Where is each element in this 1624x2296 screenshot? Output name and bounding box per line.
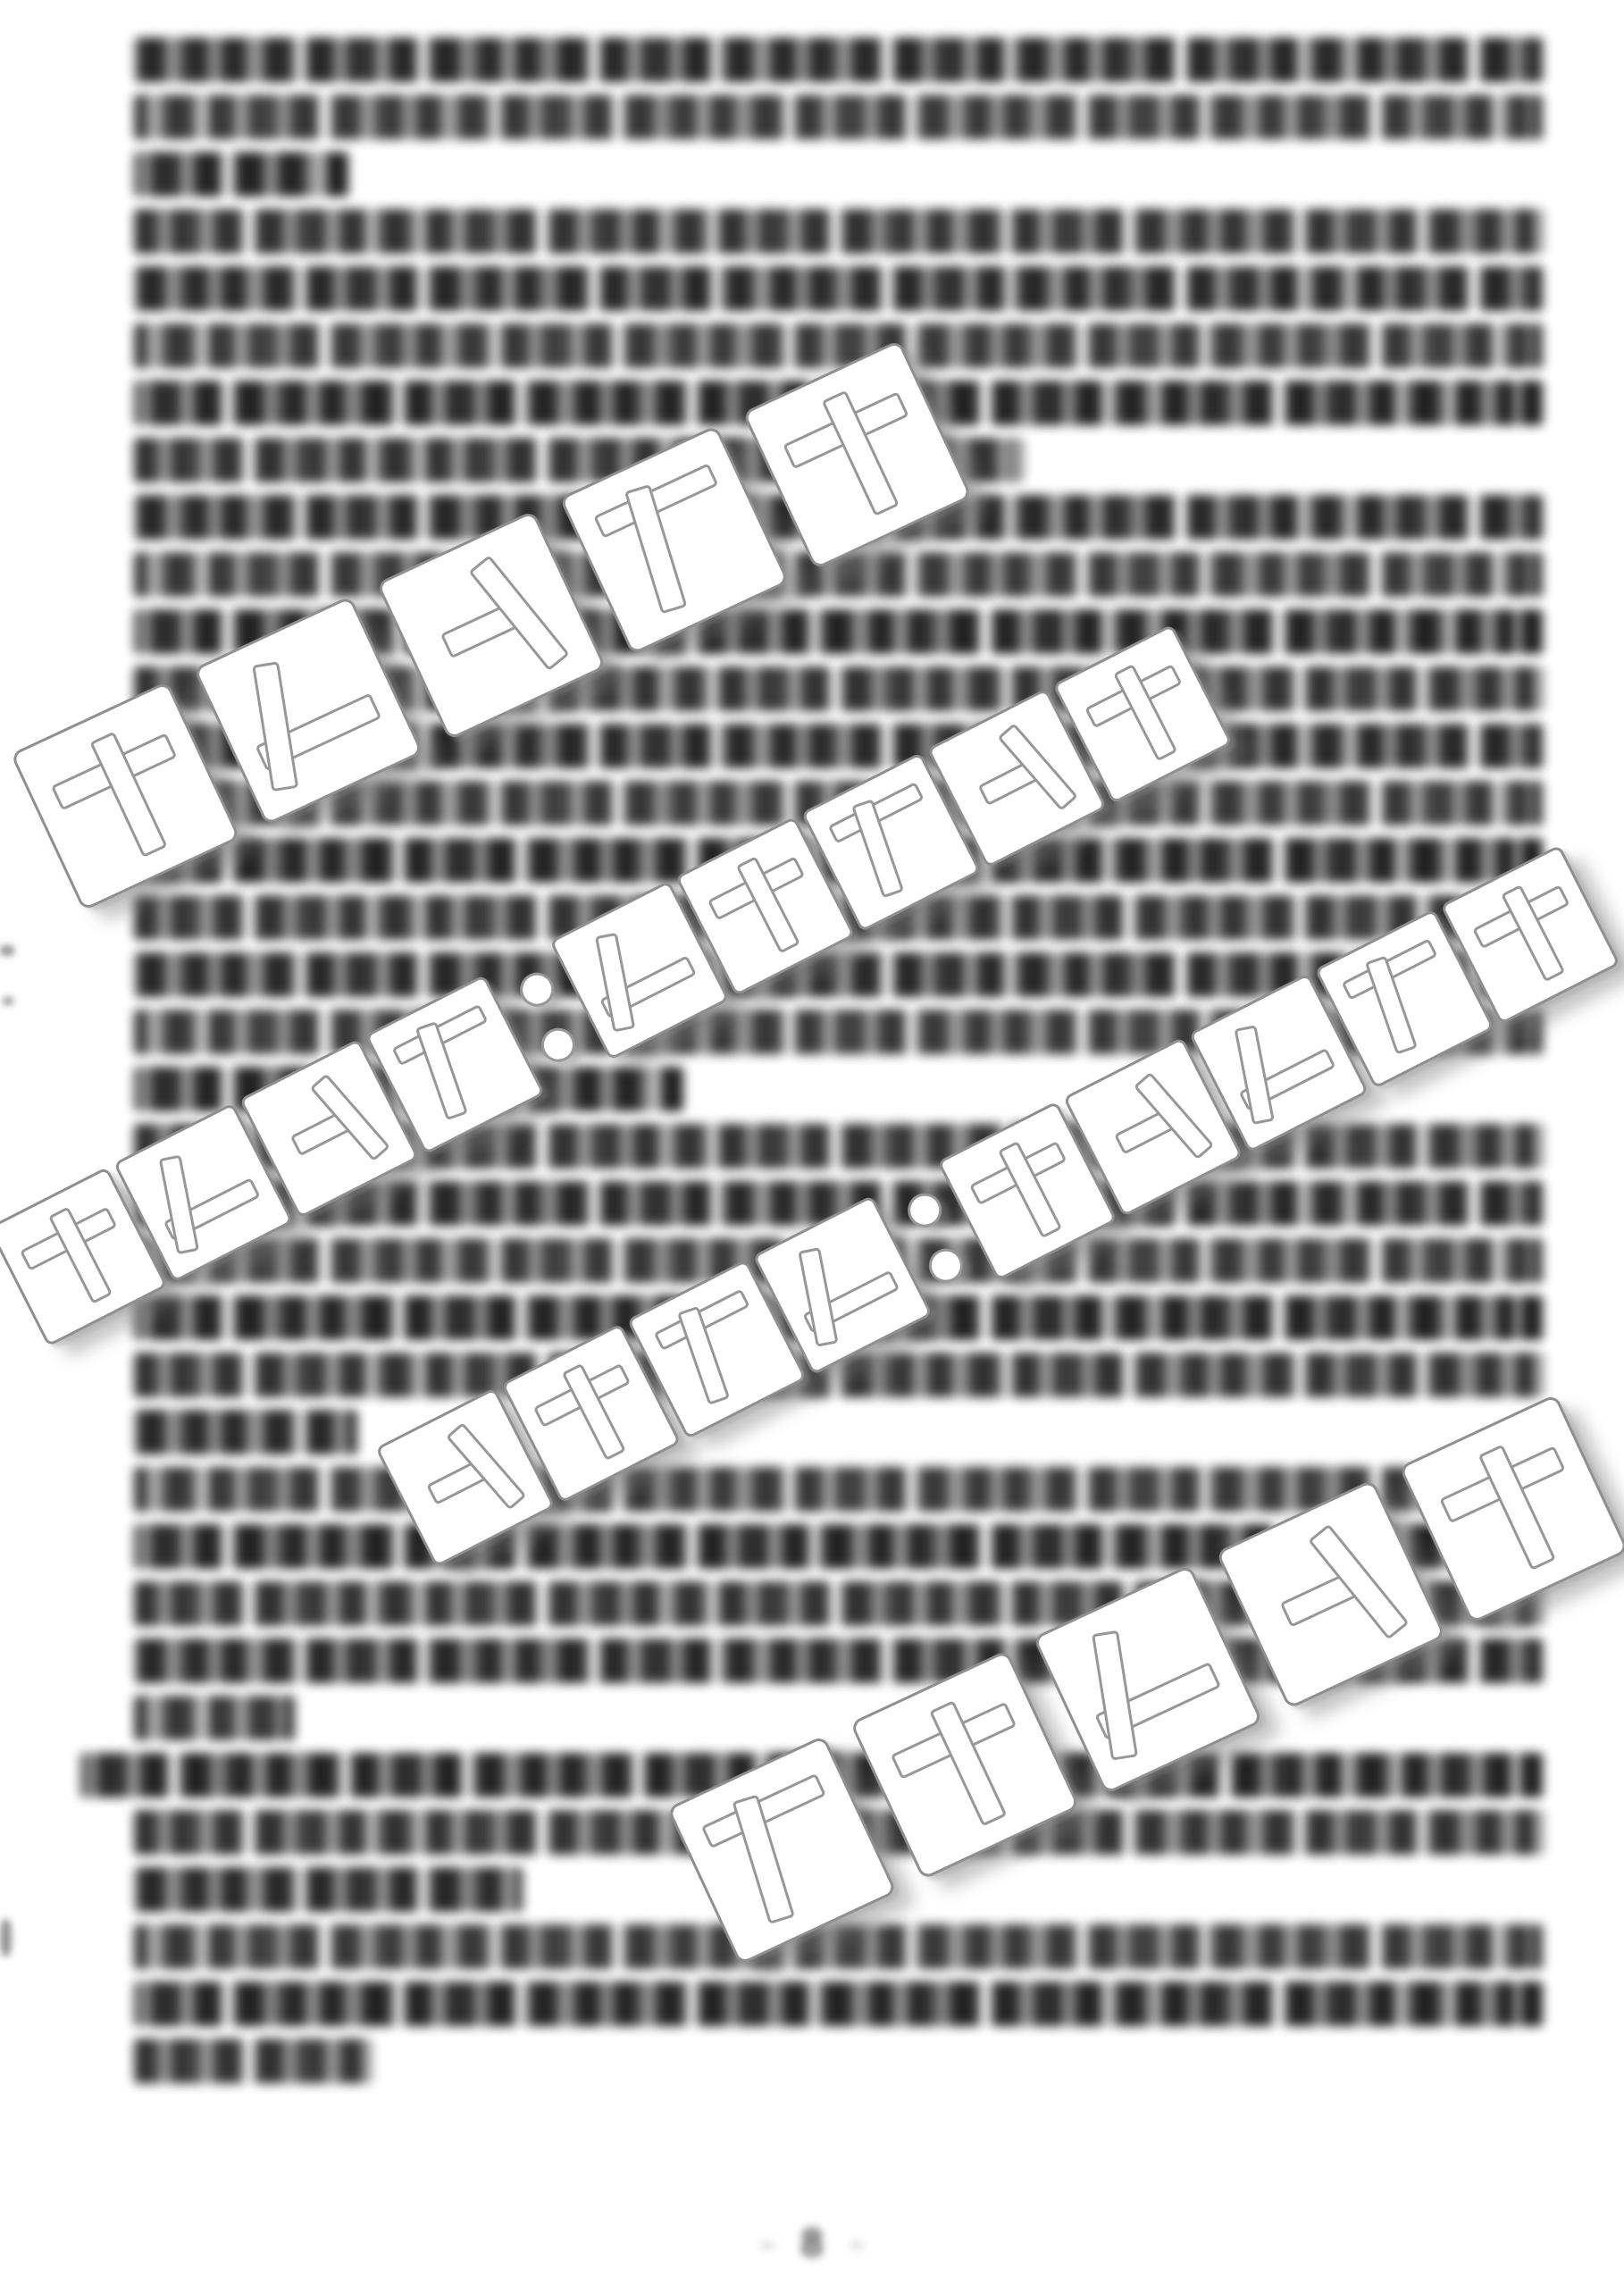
blurred-text-line: （2）“焚香”“煮茗”“汲泉”皆为闲适之事，表现出诗人超然尘外、悠然自得的生活情… [134, 209, 1543, 254]
blurred-text-line: 奈，明为闲适，实则悲愤，于平淡之处见深沉，这种以闲写愁的手法含蓄蕴藉，耐人寻 [134, 323, 1543, 368]
page-footer: - 8 - [0, 2221, 1624, 2266]
blurred-text-line: （1）本题考查学生理解赏析诗歌内容的能力。由“长夏村墟风日清，檐牙燕雀已生成”可… [134, 38, 1543, 82]
scanned-document-page: { "document": { "lines": [ "（1）本题考查学生理解赏… [0, 0, 1624, 2296]
scan-speck [0, 945, 14, 956]
blurred-text-line: （三）18.略。19.①第二段首先提出“俭，圣人之大宝也”的中心论点，接着援引古… [134, 1924, 1543, 1969]
blurred-text-line: 而谈空洞。 [134, 1410, 357, 1454]
blurred-text-line: 更是振聋发聩。 [134, 1696, 295, 1740]
footer-dash-left: - [759, 2221, 775, 2266]
scan-speck [3, 997, 13, 1005]
blurred-text-line: 又与前两句的愁绪形成了反差，看似闲适的背后，实则隐含着诗人壮志难酬的苦闷与无 [134, 266, 1543, 311]
blurred-text-line: 此时正值长夏，风物清嘉，燕雀新成，村墟一派安宁祥和的景象，据此结合全诗意境与 [134, 95, 1543, 139]
watermark-glyph [1399, 1394, 1624, 1624]
footer-page-number: 8 [801, 2221, 823, 2266]
blurred-text-line: 分析作答。 [134, 152, 348, 197]
scan-speck [0, 1919, 12, 1957]
blurred-text-line: 说理，然后列举正反事例加以论证，最后得出结论，强调节俭的重要意义，论证严密， [134, 1982, 1543, 2026]
footer-dash-right: - [849, 2221, 865, 2266]
blurred-text-line: （二）（三） 参考略 [134, 2039, 371, 2083]
blurred-text-line: （3）己所不欲，勿施于人。 [134, 1867, 523, 1912]
